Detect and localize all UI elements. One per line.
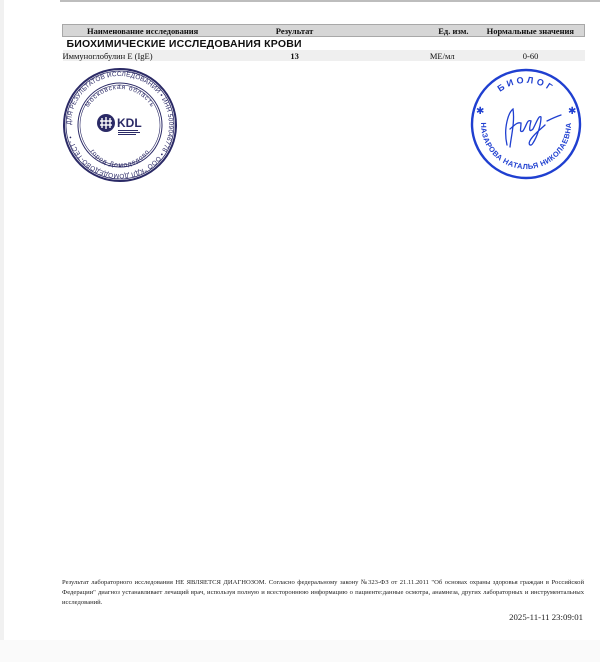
lab-report-page: Наименование исследования Результат Ед. … [62, 24, 585, 61]
test-unit: МЕ/мл [367, 50, 477, 61]
kdl-logo-icon [97, 114, 115, 132]
lab-seal-graphic: ДЛЯ РЕЗУЛЬТАТОВ ИССЛЕДОВАНИЙ • ИНН 50090… [62, 67, 178, 183]
star-icon: ✱ [476, 106, 484, 117]
header-unit: Ед. изм. [367, 25, 477, 37]
test-result: 13 [222, 50, 367, 61]
svg-text:БИОЛОГ: БИОЛОГ [496, 75, 557, 94]
section-row: БИОХИМИЧЕСКИЕ ИССЛЕДОВАНИЯ КРОВИ [63, 37, 585, 51]
results-table: Наименование исследования Результат Ед. … [62, 24, 585, 61]
biologist-stamp: БИОЛОГ НАЗАРОВА НАТАЛЬЯ НИКОЛАЕВНА ✱ ✱ [469, 67, 583, 181]
svg-text:•: • [119, 165, 121, 170]
header-reference-range: Нормальные значения [477, 25, 585, 37]
report-timestamp: 2025-11-11 23:09:01 [509, 612, 583, 622]
svg-text:НАЗАРОВА НАТАЛЬЯ НИКОЛАЕВНА: НАЗАРОВА НАТАЛЬЯ НИКОЛАЕВНА [479, 122, 573, 171]
section-title: БИОХИМИЧЕСКИЕ ИССЛЕДОВАНИЯ КРОВИ [63, 37, 585, 51]
test-name: Иммуноглобулин E (IgE) [63, 50, 223, 61]
page-left-edge [0, 0, 4, 662]
header-result: Результат [222, 25, 367, 37]
diagnosis-disclaimer: Результат лабораторного исследования НЕ … [62, 578, 584, 608]
biologist-name-text: НАЗАРОВА НАТАЛЬЯ НИКОЛАЕВНА [479, 122, 573, 171]
header-test-name: Наименование исследования [63, 25, 223, 37]
kdl-logo-text: KDL [117, 116, 142, 130]
biologist-title-text: БИОЛОГ [496, 75, 557, 94]
biologist-stamp-graphic: БИОЛОГ НАЗАРОВА НАТАЛЬЯ НИКОЛАЕВНА ✱ ✱ [469, 67, 583, 181]
star-icon: ✱ [568, 106, 576, 117]
results-table-header: Наименование исследования Результат Ед. … [63, 25, 585, 37]
lab-seal-stamp: ДЛЯ РЕЗУЛЬТАТОВ ИССЛЕДОВАНИЙ • ИНН 50090… [62, 67, 178, 183]
previous-page-border [60, 0, 600, 2]
page-bottom-band [0, 640, 600, 662]
svg-text:•: • [119, 84, 121, 89]
test-reference-range: 0-60 [477, 50, 585, 61]
signature-icon [506, 109, 561, 147]
table-row: Иммуноглобулин E (IgE) 13 МЕ/мл 0-60 [63, 50, 585, 61]
